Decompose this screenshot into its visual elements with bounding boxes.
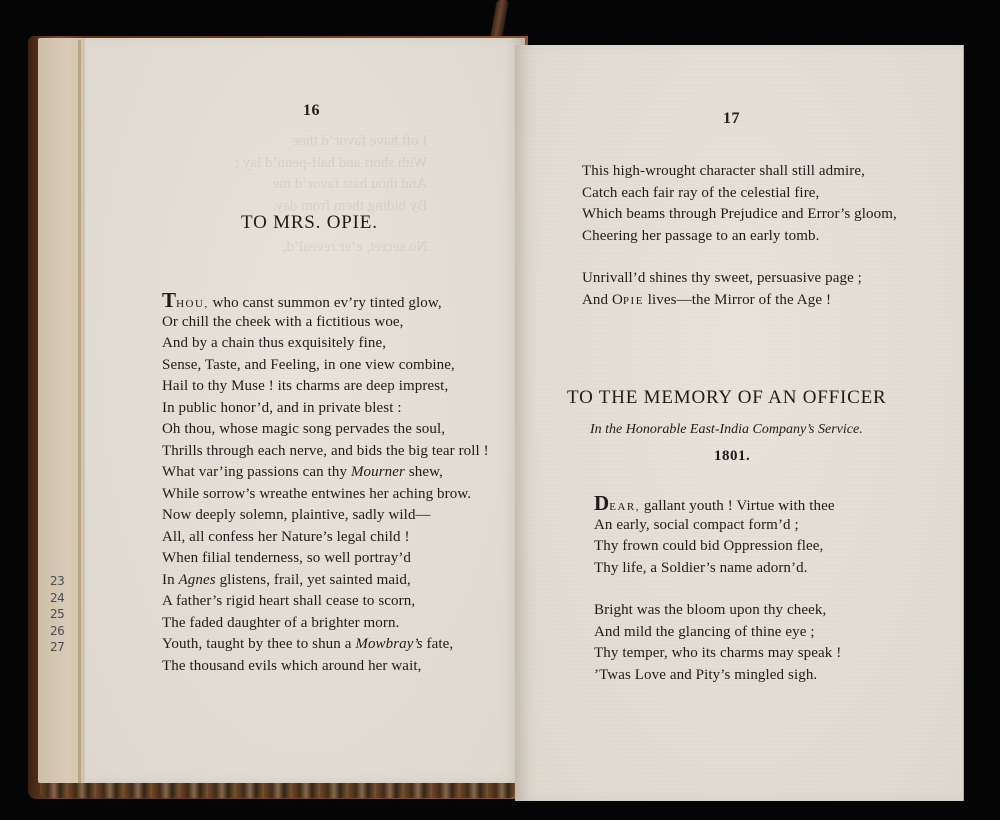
verse-line: All, all confess her Nature’s legal chil… — [162, 527, 489, 549]
verse-line: Thy frown could bid Oppression flee, — [594, 536, 841, 558]
verse-line: Or chill the cheek with a fictitious woe… — [162, 312, 489, 334]
poem-continuation: This high-wrought character shall still … — [582, 161, 897, 311]
show-through-line: I oft have favor’d thee — [235, 131, 427, 153]
verse-line: What var’ing passions can thy Mourner sh… — [162, 462, 489, 484]
verse-line: Cheering her passage to an early tomb. — [582, 226, 897, 248]
poem-title: TO THE MEMORY OF AN OFFICER — [567, 387, 887, 409]
handwritten-numbers: 23 24 25 26 27 — [50, 573, 64, 656]
show-through-line: And thou hast favor’d me — [235, 174, 427, 196]
verse-line: The faded daughter of a brighter morn. — [162, 613, 489, 635]
verse-text: What var’ing passions can thy — [162, 464, 351, 480]
verse-line: When filial tenderness, so well portray’… — [162, 548, 489, 570]
verse-line: This high-wrought character shall still … — [582, 161, 897, 183]
verse-line: In Agnes glistens, frail, yet sainted ma… — [162, 570, 489, 592]
poem-body: Dear, gallant youth ! Virtue with thee A… — [594, 493, 841, 686]
verse-line: Sense, Taste, and Feeling, in one view c… — [162, 355, 489, 377]
poem-year: 1801. — [714, 448, 750, 465]
small-caps-word: pie — [623, 295, 644, 307]
verse-line: Catch each fair ray of the celestial fir… — [582, 183, 897, 205]
left-page: I oft have favor’d thee With short and h… — [85, 38, 525, 783]
verse-line: And mild the glancing of thine eye ; — [594, 622, 841, 644]
show-through-line: No secret, e’er reveal’d, — [235, 237, 427, 259]
italic-title: Agnes — [179, 572, 216, 588]
verse-line: Unrivall’d shines thy sweet, persuasive … — [582, 268, 897, 290]
handwritten-number: 23 — [50, 573, 64, 590]
drop-initial: D — [594, 491, 609, 515]
verse-text: gallant youth ! Virtue with thee — [640, 498, 835, 514]
verse-line: In public honor’d, and in private blest … — [162, 398, 489, 420]
verse-text: lives—the Mirror of the Age ! — [644, 292, 831, 308]
verse-line: While sorrow’s wreathe entwines her achi… — [162, 484, 489, 506]
page-number: 17 — [723, 110, 740, 128]
verse-line: Dear, gallant youth ! Virtue with thee — [594, 493, 841, 515]
drop-initial: T — [162, 288, 176, 312]
verse-text: fate, — [423, 636, 454, 652]
poem-body: Thou, who canst summon ev’ry tinted glow… — [162, 290, 489, 677]
italic-title: Mowbray’s — [355, 636, 422, 652]
verse-text: And — [582, 292, 612, 308]
verse-line: And Opie lives—the Mirror of the Age ! — [582, 290, 897, 312]
verse-line: Youth, taught by thee to shun a Mowbray’… — [162, 634, 489, 656]
verse-text: glistens, frail, yet sainted maid, — [216, 572, 411, 588]
handwritten-number: 27 — [50, 639, 64, 656]
verse-line: Thou, who canst summon ev’ry tinted glow… — [162, 290, 489, 312]
verse-line: Which beams through Prejudice and Error’… — [582, 204, 897, 226]
page-edge-line — [78, 40, 81, 783]
handwritten-number: 25 — [50, 606, 64, 623]
verse-line: Hail to thy Muse ! its charms are deep i… — [162, 376, 489, 398]
verse-text: Youth, taught by thee to shun a — [162, 636, 355, 652]
verse-line: Thy temper, who its charms may speak ! — [594, 643, 841, 665]
show-through-text: I oft have favor’d thee With short and h… — [235, 131, 427, 259]
page-number: 16 — [303, 102, 320, 120]
handwritten-number: 24 — [50, 590, 64, 607]
right-page: 17 This high-wrought character shall sti… — [515, 45, 964, 801]
italic-title: Mourner — [351, 464, 405, 480]
verse-line: An early, social compact form’d ; — [594, 515, 841, 537]
poem-subtitle: In the Honorable East-India Company’s Se… — [590, 422, 863, 438]
verse-line: Thy life, a Soldier’s name adorn’d. — [594, 558, 841, 580]
verse-text: O — [612, 292, 623, 308]
verse-line: Now deeply solemn, plaintive, sadly wild… — [162, 505, 489, 527]
verse-line: A father’s rigid heart shall cease to sc… — [162, 591, 489, 613]
poem-title: TO MRS. OPIE. — [241, 212, 378, 234]
verse-line: ’Twas Love and Pity’s mingled sigh. — [594, 665, 841, 687]
show-through-line: With short and half-penn’d lay ; — [235, 153, 427, 175]
verse-text: In — [162, 572, 179, 588]
verse-text: shew, — [405, 464, 443, 480]
small-caps-word: hou, — [176, 298, 209, 310]
small-caps-word: ear, — [609, 501, 640, 513]
verse-line: Bright was the bloom upon thy cheek, — [594, 600, 841, 622]
verse-line: The thousand evils which around her wait… — [162, 656, 489, 678]
handwritten-number: 26 — [50, 623, 64, 640]
verse-line: Thrills through each nerve, and bids the… — [162, 441, 489, 463]
verse-line: Oh thou, whose magic song pervades the s… — [162, 419, 489, 441]
verse-line: And by a chain thus exquisitely fine, — [162, 333, 489, 355]
verse-text: who canst summon ev’ry tinted glow, — [209, 295, 442, 311]
